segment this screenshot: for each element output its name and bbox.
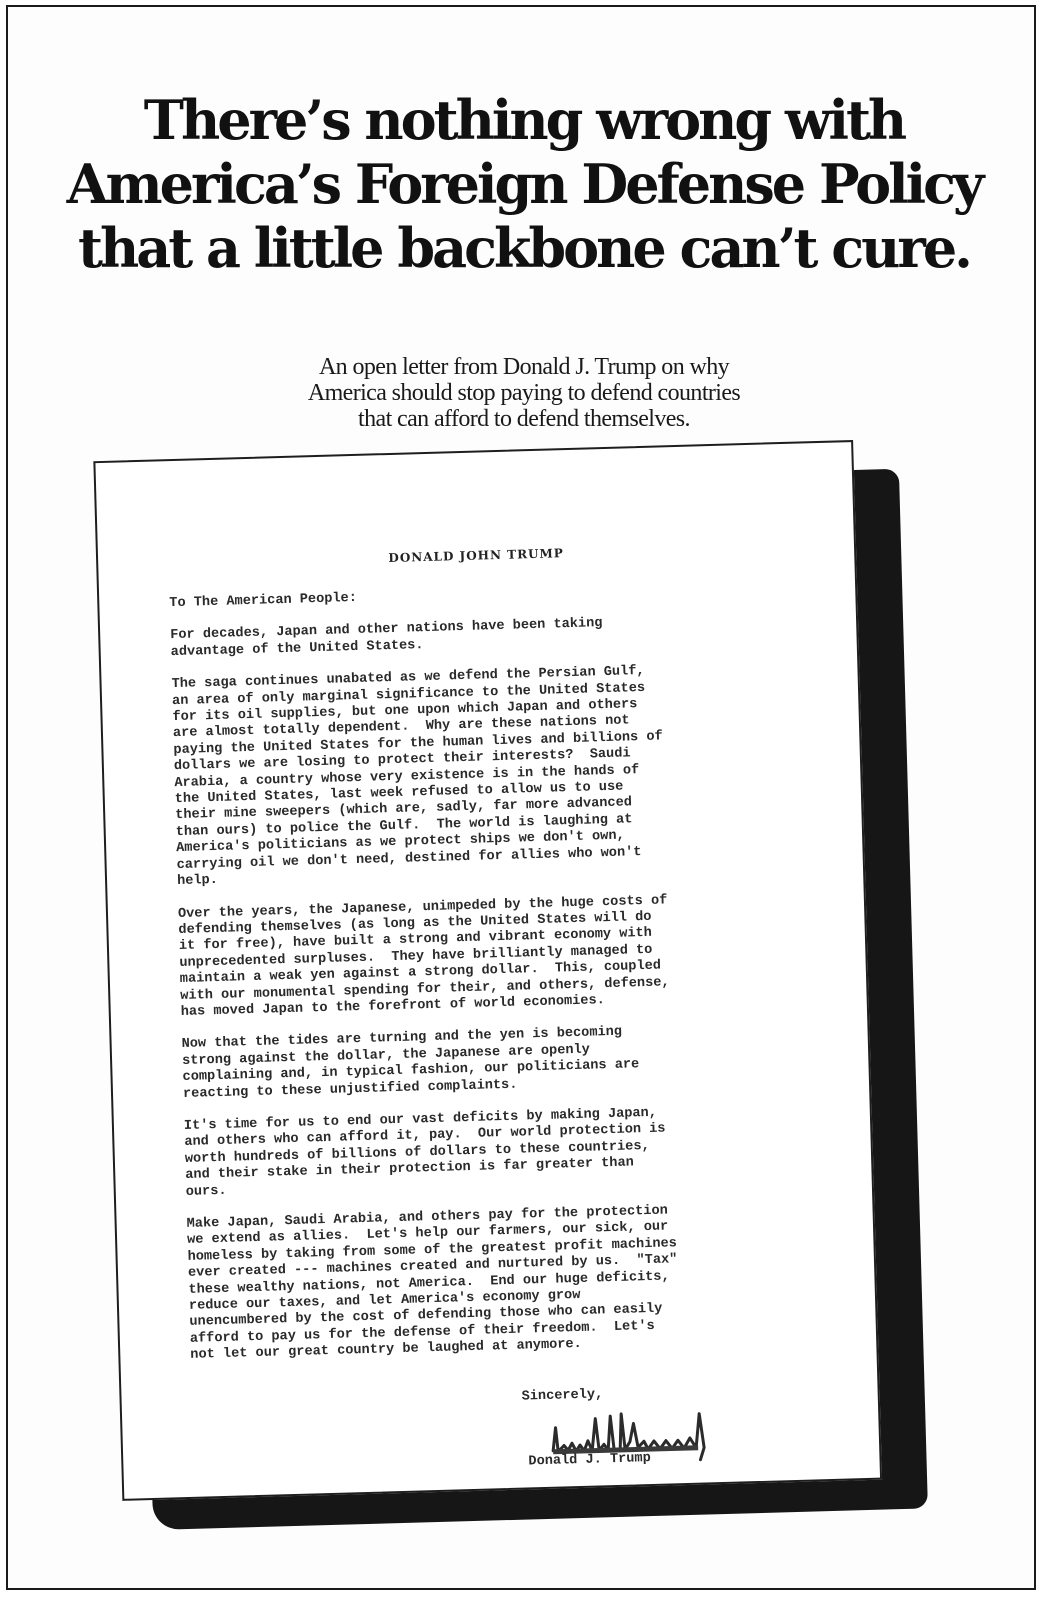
headline: There’s nothing wrong with America’s For… <box>0 88 1048 280</box>
letterhead: DONALD JOHN TRUMP <box>98 538 854 573</box>
letter-paragraph: It's time for us to end our vast deficit… <box>184 1101 846 1201</box>
letter-paragraphs: For decades, Japan and other nations hav… <box>170 610 850 1364</box>
letter-body: To The American People: For decades, Jap… <box>169 578 851 1381</box>
subheadline-line-2: America should stop paying to defend cou… <box>0 380 1048 406</box>
subheadline: An open letter from Donald J. Trump on w… <box>0 354 1048 432</box>
letter-sheet: DONALD JOHN TRUMP To The American People… <box>93 440 882 1501</box>
headline-line-2: America’s Foreign Defense Policy <box>0 152 1048 216</box>
letter-paragraph: Make Japan, Saudi Arabia, and others pay… <box>186 1199 850 1365</box>
letter: DONALD JOHN TRUMP To The American People… <box>93 439 912 1521</box>
headline-line-1: There’s nothing wrong with <box>0 88 1048 152</box>
subheadline-line-3: that can afford to defend themselves. <box>0 406 1048 432</box>
subheadline-line-1: An open letter from Donald J. Trump on w… <box>0 354 1048 380</box>
salutation: To The American People: <box>169 578 829 613</box>
closing: Sincerely, <box>521 1387 603 1404</box>
letter-paragraph: The saga continues unabated as we defend… <box>171 659 837 891</box>
letter-paragraph: Over the years, the Japanese, unimpeded … <box>178 888 841 1021</box>
typed-signature-name: Donald J. Trump <box>528 1451 651 1469</box>
letter-paragraph: For decades, Japan and other nations hav… <box>170 610 831 661</box>
letter-paragraph: Now that the tides are turning and the y… <box>181 1019 843 1103</box>
headline-line-3: that a little backbone can’t cure. <box>0 216 1048 280</box>
